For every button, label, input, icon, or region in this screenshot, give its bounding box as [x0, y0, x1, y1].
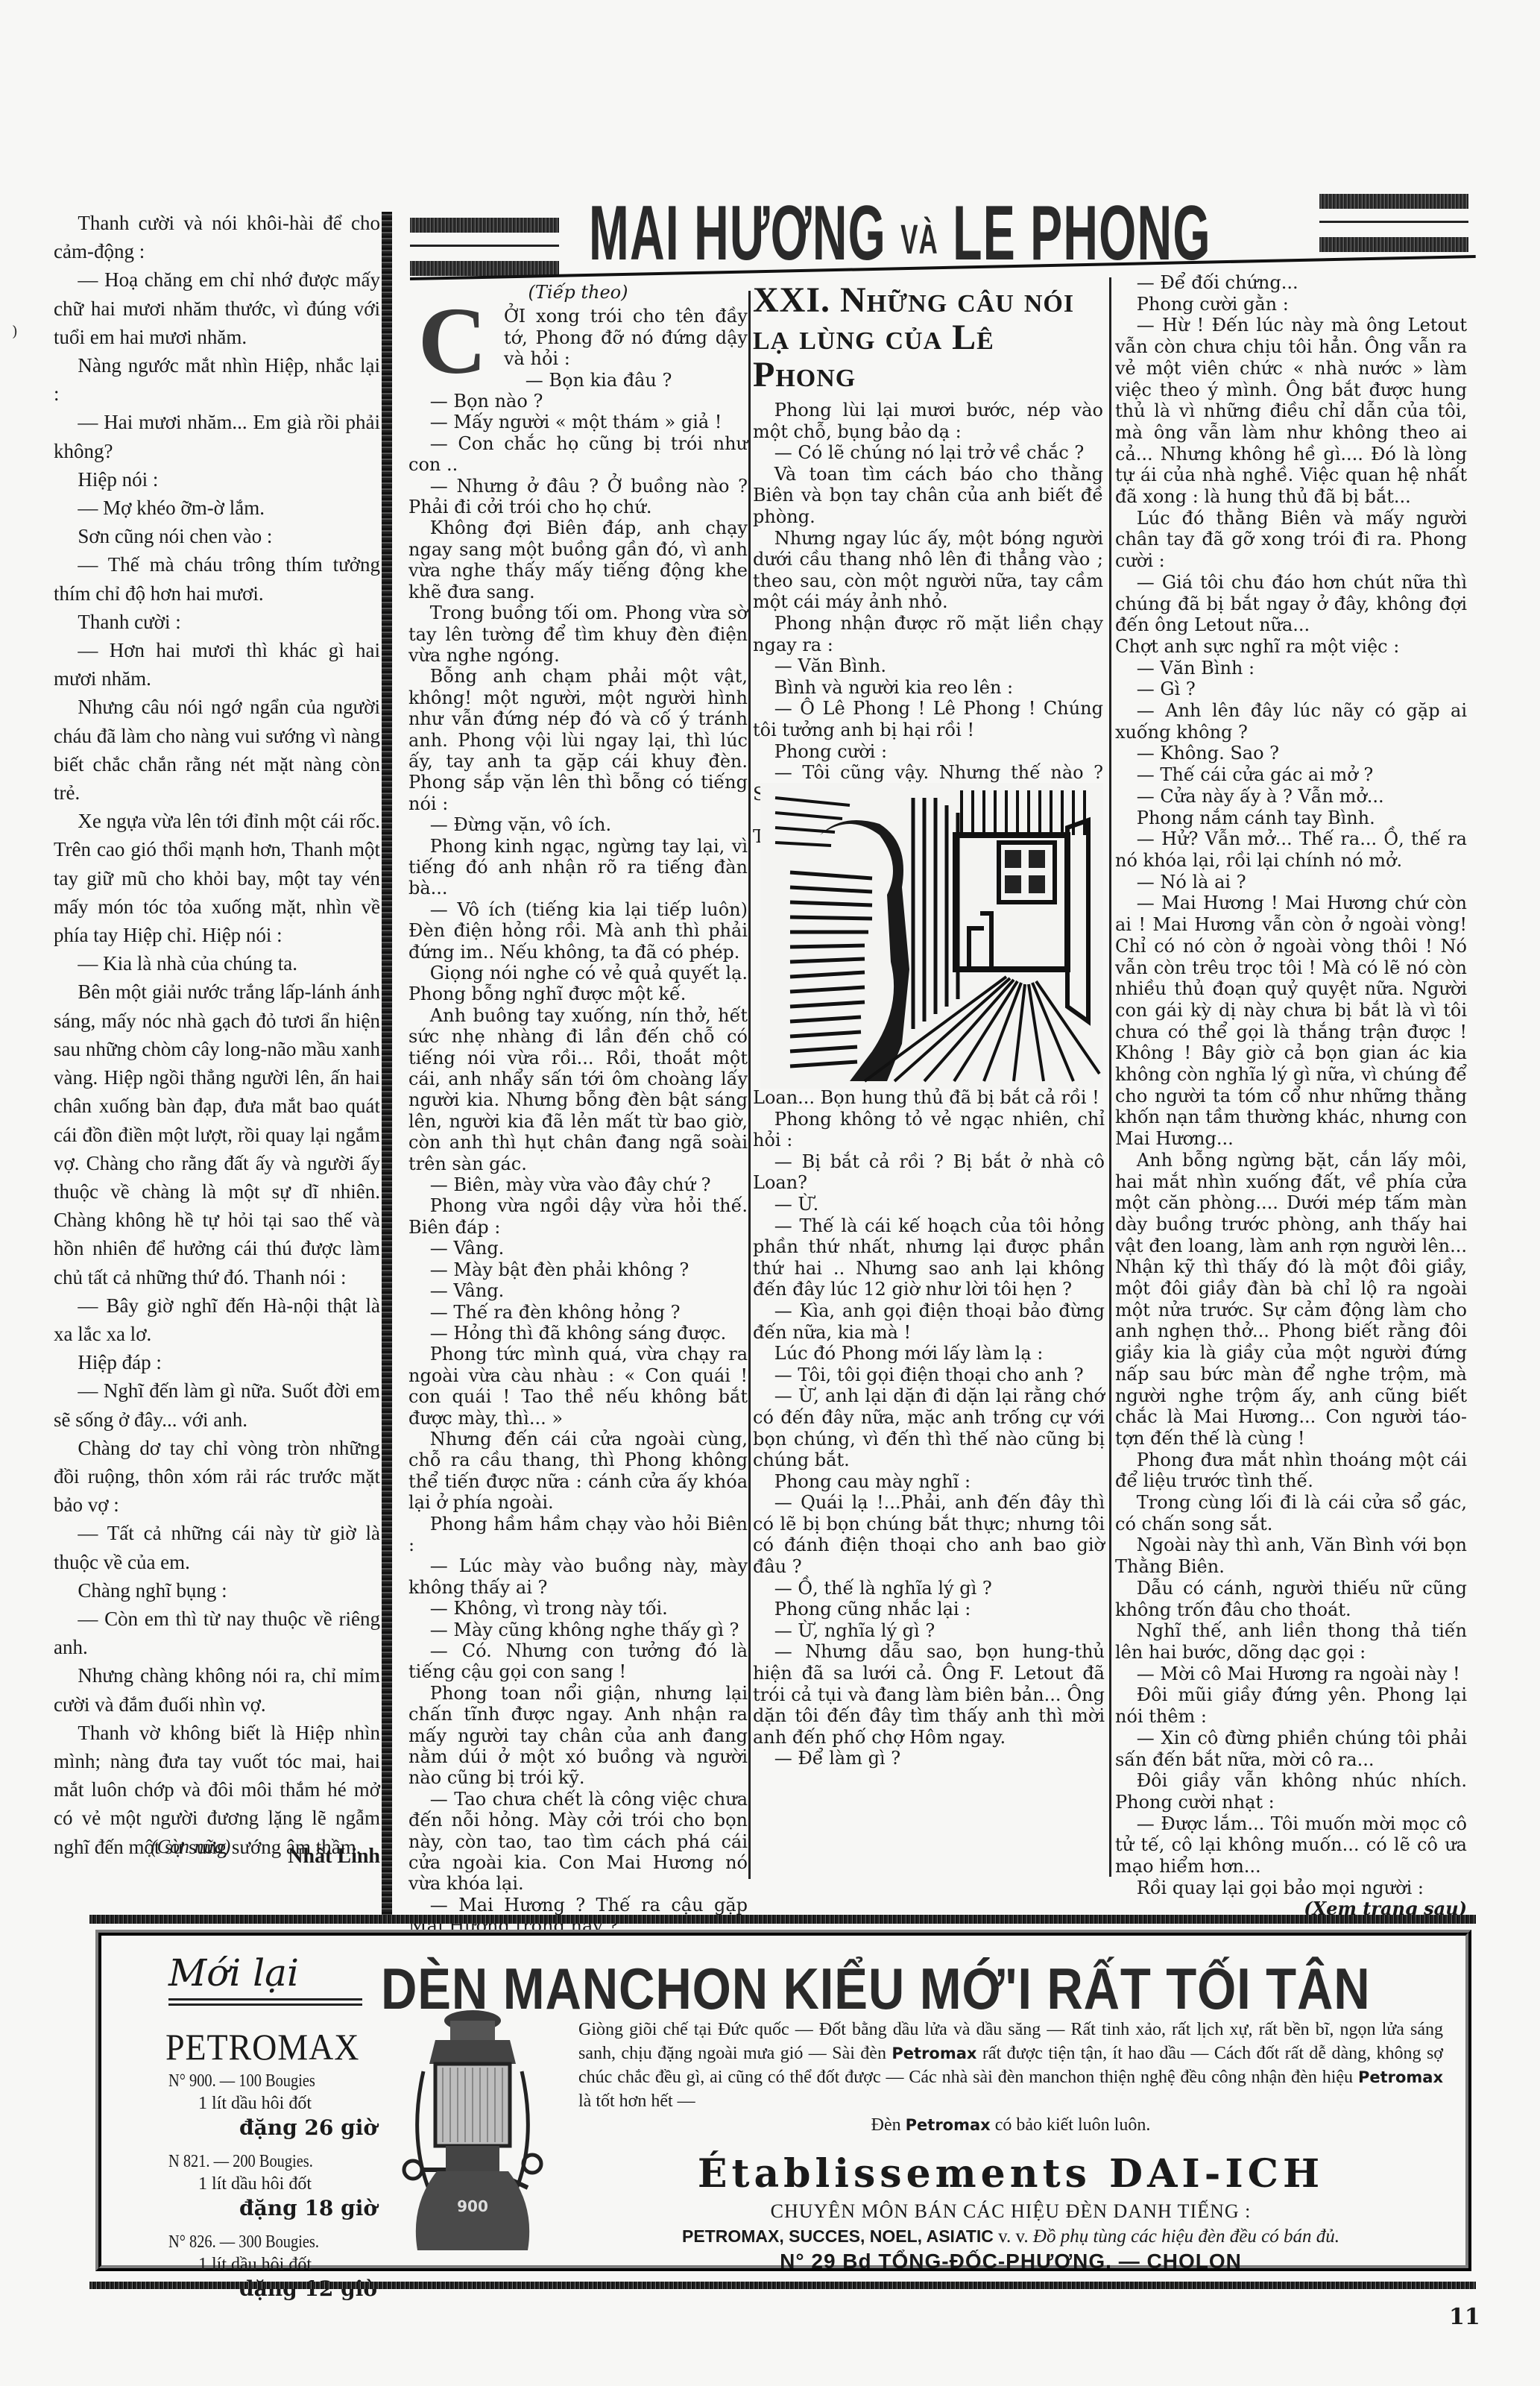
- paragraph: Phong nắm cánh tay Bình.: [1115, 808, 1467, 829]
- lamp-model-label: 900: [457, 2197, 488, 2215]
- paragraph: Lúc đó Phong mới lấy làm lạ :: [753, 1343, 1105, 1364]
- paragraph: Phong tức mình quá, vừa chạy ra ngoài vừ…: [408, 1344, 748, 1429]
- paragraph: Chàng dơ tay chỉ vòng tròn những đồi ruộ…: [54, 1434, 380, 1520]
- ad-brand-etc: v. v.: [998, 2226, 1029, 2247]
- dialogue-line: — Mợ khéo ỡm-ờ lắm.: [54, 494, 380, 522]
- ad-brand-list-line: PETROMAX, SUCCES, NOEL, ASIATIC v. v. Đồ…: [578, 2225, 1443, 2248]
- dialogue-line: — Bây giờ nghĩ đến Hà-nội thật là xa lắc…: [54, 1291, 380, 1348]
- dialogue-line: — Ô Lê Phong ! Lê Phong ! Chúng tôi tưởn…: [753, 698, 1103, 740]
- dialogue-line: — Còn em thì từ nay thuộc về riêng anh.: [54, 1605, 380, 1661]
- ad-warranty-post: có bảo kiết luôn luôn.: [995, 2115, 1151, 2135]
- woodcut-figure-at-door-icon: [760, 783, 1103, 1089]
- serial-title: MAI HƯƠNG VÀ LE PHONG: [589, 192, 1037, 274]
- continued-label: (Còn nữa): [151, 1836, 230, 1858]
- dialogue-line: — Mai Hương ! Mai Hương chứ còn ai ! Mai…: [1115, 893, 1467, 1149]
- dialogue-line: — Thế cái cửa gác ai mở ?: [1115, 764, 1467, 786]
- dialogue-line: — Mời cô Mai Hương ra ngoài này !: [1115, 1663, 1467, 1685]
- dialogue-line: — Không, vì trong này tối.: [408, 1598, 748, 1619]
- dialogue-line: — Hỏng thì đã không sáng được.: [408, 1323, 748, 1344]
- column-3-body: Phong lùi lại mươi bước, nép vào một chỗ…: [753, 400, 1103, 847]
- paragraph: Nàng ngước mắt nhìn Hiệp, nhắc lại :: [54, 351, 380, 408]
- paragraph: Bên một giải nước trắng lấp-lánh ánh sán…: [54, 978, 380, 1291]
- paragraph: Nghĩ thế, anh liền thong thả tiến lên ha…: [1115, 1620, 1467, 1663]
- column-divider: [1109, 277, 1111, 1877]
- paragraph: Chàng nghĩ bụng :: [54, 1576, 380, 1605]
- ad-rule-top: [89, 1915, 1476, 1924]
- dialogue-line: — Xin cô đừng phiền chúng tôi phải sấn đ…: [1115, 1728, 1467, 1770]
- paragraph: Hiệp nói :: [54, 465, 380, 494]
- ad-rule-bottom: [89, 2282, 1476, 2289]
- paragraph: Sơn cũng nói chen vào :: [54, 522, 380, 550]
- paragraph: Không đợi Biên đáp, anh chạy ngay sang m…: [408, 517, 748, 602]
- dialogue-line: — Kìa, anh gọi điện thoại bảo đừng đến n…: [753, 1300, 1105, 1343]
- author-name: Nhất Linh: [288, 1845, 380, 1869]
- serial-title-banner: MAI HƯƠNG VÀ LE PHONG: [403, 179, 1476, 283]
- paragraph: Phong cũng nhắc lại :: [753, 1599, 1105, 1620]
- dialogue-line: — Con chắc họ cũng bị trói như con ..: [408, 433, 748, 476]
- margin-mark: ): [12, 322, 18, 340]
- paragraph: Phong đưa mắt nhìn thoáng một cái để liệ…: [1115, 1449, 1467, 1492]
- paragraph: Đôi giầy vẫn không nhúc nhích. Phong cườ…: [1115, 1770, 1467, 1813]
- paragraph: Trong cùng lối đi là cái cửa sổ gác, có …: [1115, 1492, 1467, 1534]
- dialogue-line: — Vâng.: [408, 1238, 748, 1259]
- ad-address: N° 29 Bd TỔNG-ĐỐC-PHƯƠNG. — CHOLON: [578, 2249, 1443, 2274]
- paragraph: Lúc đó thằng Biên và mấy người chân tay …: [1115, 508, 1467, 572]
- dialogue-line: — Văn Bình :: [1115, 658, 1467, 679]
- paragraph: Nhưng đến cái cửa ngoài cùng, chỗ ra cầu…: [408, 1429, 748, 1514]
- serial-column-3: XXI. Những câu nói lạ lùng của Lê Phong …: [753, 282, 1103, 847]
- paragraph: Nhưng chàng không nói ra, chỉ mỉm cười v…: [54, 1661, 380, 1718]
- ad-body-part3: là tốt hơn hết —: [578, 2091, 695, 2111]
- dialogue-line: — Thế ra đèn không hỏng ?: [408, 1302, 748, 1323]
- paragraph: Phong không tỏ vẻ ngạc nhiên, chỉ hỏi :: [753, 1109, 1105, 1151]
- ad-body-text: Giòng giõi chế tại Đức quốc — Đốt bằng d…: [578, 2018, 1443, 2137]
- dialogue-line: — Bọn nào ?: [408, 391, 748, 412]
- dialogue-line: — Ừ.: [753, 1194, 1105, 1215]
- paragraph: Hiệp đáp :: [54, 1348, 380, 1376]
- paragraph: Phong toan nổi giận, nhưng lại chấn tĩnh…: [408, 1683, 748, 1789]
- paragraph: Bỗng anh chạm phải một vật, không! một n…: [408, 666, 748, 814]
- dialogue-line: — Bị bắt cả rồi ? Bị bắt ở nhà cô Loan?: [753, 1151, 1105, 1194]
- dialogue-line: — Hoạ chăng em chỉ nhớ được mấy chữ hai …: [54, 265, 380, 351]
- paragraph: Xe ngựa vừa lên tới đỉnh một cái rốc. Tr…: [54, 807, 380, 949]
- paragraph: Phong kinh ngạc, ngừng tay lại, vì tiếng…: [408, 836, 748, 899]
- serial-column-3-continued: Loan... Bọn hung thủ đã bị bắt cả rồi !P…: [753, 1087, 1105, 1769]
- paragraph: Phong cau mày nghĩ :: [753, 1471, 1105, 1493]
- dialogue-line: — Tất cả những cái này từ giờ là thuộc v…: [54, 1519, 380, 1576]
- dialogue-line: — Lúc mày vào buồng này, mày không thấy …: [408, 1555, 748, 1598]
- column-4-body: — Để đối chứng...Phong cười gằn :— Hừ ! …: [1115, 272, 1467, 1898]
- dialogue-line: — Được lắm... Tôi muốn mời mọc cô tử tế,…: [1115, 1813, 1467, 1877]
- paragraph: Bình và người kia reo lên :: [753, 677, 1103, 699]
- left-story-column: Thanh cười và nói khôi-hài để cho cảm-độ…: [54, 209, 380, 1861]
- paragraph: Anh buông tay xuống, nín thở, hết sức nh…: [408, 1005, 748, 1174]
- ad-tag-underline: [168, 1998, 362, 2006]
- dialogue-line: — Hơn hai mươi thì khác gì hai mươi nhăm…: [54, 636, 380, 693]
- paragraph: Phong vừa ngồi dậy vừa hỏi thế. Biên đáp…: [408, 1195, 748, 1238]
- dialogue-line: — Hừ ! Đến lúc này mà ông Letout vẫn còn…: [1115, 315, 1467, 507]
- column-2-body: — Bọn kia đâu ?— Bọn nào ?— Mấy người « …: [408, 370, 748, 2086]
- dialogue-line: — Không. Sao ?: [1115, 743, 1467, 764]
- dialogue-line: — Mấy người « một thám » giả !: [408, 412, 748, 432]
- serial-title-conj: VÀ: [900, 215, 938, 262]
- dialogue-line: — Quái lạ !...Phải, anh đến đây thì có l…: [753, 1492, 1105, 1577]
- dialogue-line: — Vâng.: [408, 1280, 748, 1301]
- paragraph: Phong cười gằn :: [1115, 294, 1467, 315]
- paragraph: Phong nhận được rõ mặt liền chạy ngay ra…: [753, 613, 1103, 655]
- dialogue-line: — Mày cũng không nghe thấy gì ?: [408, 1619, 748, 1640]
- ad-company-name: Établissements DAI-ICH: [578, 2152, 1443, 2197]
- paragraph: Nhưng câu nói ngớ ngẩn của người cháu đã…: [54, 693, 380, 807]
- dialogue-line: — Giá tôi chu đáo hơn chút nữa thì chúng…: [1115, 572, 1467, 636]
- dialogue-line: — Nó là ai ?: [1115, 872, 1467, 893]
- ad-warranty-brand: Petromax: [906, 2116, 991, 2134]
- dropcap-letter: C: [408, 309, 496, 373]
- dialogue-line: — Thế mà cháu trông thím tưởng thím chỉ …: [54, 550, 380, 607]
- dialogue-line: — Đừng vặn, vô ích.: [408, 814, 748, 835]
- paragraph: Anh bỗng ngừng bặt, cắn lấy môi, hai mắt…: [1115, 1150, 1467, 1449]
- paragraph: Nhưng ngay lúc ấy, một bóng người dưới c…: [753, 528, 1103, 613]
- dialogue-line: — Để làm gì ?: [753, 1748, 1105, 1769]
- dialogue-line: — Tôi, tôi gọi điện thoại cho anh ?: [753, 1364, 1105, 1386]
- petromax-advertisement: Mới lại PETROMAX N° 900. — 100 Bougies 1…: [95, 1930, 1471, 2271]
- banner-bars-left: [410, 201, 559, 283]
- banner-bars-right: [1319, 179, 1468, 261]
- serial-column-4: — Để đối chứng...Phong cười gằn :— Hừ ! …: [1115, 272, 1467, 1920]
- dialogue-line: — Nhưng dẫu sao, bọn hung-thủ hiện đã sa…: [753, 1641, 1105, 1748]
- paragraph: Trong buồng tối om. Phong vừa sờ tay lên…: [408, 602, 748, 666]
- dialogue-line: — Có lẽ chúng nó lại trở về chắc ?: [753, 442, 1103, 464]
- chapter-title-line1: XXI. Những câu nói: [753, 282, 1103, 319]
- model-hours: đặng 12 giờ: [168, 2276, 504, 2302]
- paragraph: Phong lùi lại mươi bước, nép vào một chỗ…: [753, 400, 1103, 442]
- dialogue-line: — Có. Nhưng con tưởng đó là tiếng cậu gọ…: [408, 1640, 748, 1683]
- dialogue-line: — Gì ?: [1115, 679, 1467, 700]
- ad-body-brand-2: Petromax: [1358, 2068, 1443, 2086]
- paragraph: Và toan tìm cách báo cho thằng Biên và b…: [753, 464, 1103, 528]
- paragraph: Đôi mũi giầy đứng yên. Phong lại nói thê…: [1115, 1684, 1467, 1727]
- dialogue-line: — Thế là cái kế hoạch của tôi hỏng phần …: [753, 1215, 1105, 1300]
- dialogue-line: — Văn Bình.: [753, 655, 1103, 677]
- paragraph: Rồi quay lại gọi bảo mọi người :: [1115, 1877, 1467, 1899]
- dialogue-line: — Kia là nhà của chúng ta.: [54, 949, 380, 978]
- page-number: 11: [1449, 2304, 1480, 2330]
- woodcut-illustration: [760, 783, 1103, 1089]
- dialogue-line: — Mày bật đèn phải không ?: [408, 1259, 748, 1280]
- ad-body-brand: Petromax: [892, 2045, 976, 2062]
- ad-specialty: CHUYÊN MÔN BÁN CÁC HIỆU ĐÈN DANH TIẾNG :: [578, 2200, 1443, 2223]
- chapter-title-line2: lạ lùng của Lê Phong: [753, 319, 1103, 394]
- serial-title-part1: MAI HƯƠNG: [589, 190, 886, 277]
- dialogue-line: — Vô ích (tiếng kia lại tiếp luôn) Đèn đ…: [408, 899, 748, 963]
- dialogue-line: — Ồ, thế là nghĩa lý gì ?: [753, 1578, 1105, 1599]
- column-divider: [748, 291, 751, 1879]
- paragraph: Dẫu có cánh, người thiếu nữ cũng không t…: [1115, 1578, 1467, 1620]
- paragraph: Giọng nói nghe có vẻ quả quyết lạ. Phong…: [408, 963, 748, 1005]
- dialogue-line: — Nhưng ở đâu ? Ở buồng nào ? Phải đi cở…: [408, 476, 748, 518]
- dialogue-line: — Anh lên đây lúc nãy có gặp ai xuống kh…: [1115, 700, 1467, 743]
- dialogue-line: — Để đối chứng...: [1115, 272, 1467, 294]
- serial-column-2: (Tiếp theo) C ỞI xong trói cho tên đầy t…: [408, 282, 748, 2086]
- opening-paragraph: C ỞI xong trói cho tên đầy tớ, Phong đỡ …: [408, 306, 748, 369]
- dialogue-line: — Ừ, anh lại dặn đi dặn lại rằng chớ có …: [753, 1385, 1105, 1470]
- petromax-lantern-icon: 900: [394, 2004, 552, 2258]
- ad-accessories: Đồ phụ tùng các hiệu đèn đều có bán đủ.: [1033, 2226, 1339, 2247]
- paragraph: Phong hầm hầm chạy vào hỏi Biên :: [408, 1514, 748, 1556]
- paragraph: Chợt anh sực nghĩ ra một việc :: [1115, 636, 1467, 658]
- ad-warranty-pre: Đèn: [871, 2115, 901, 2135]
- dialogue-line: — Cửa này ấy à ? Vẫn mở...: [1115, 786, 1467, 808]
- dialogue-line: — Hử? Vẫn mở... Thế ra... Ồ, thế ra nó k…: [1115, 828, 1467, 871]
- left-story-footer: (Còn nữa) Nhất Linh: [54, 1836, 380, 1866]
- opening-text: ỞI xong trói cho tên đầy tớ, Phong đỡ nó…: [504, 306, 748, 369]
- dialogue-line: — Ừ, nghĩa lý gì ?: [753, 1620, 1105, 1642]
- paragraph: Thanh cười :: [54, 608, 380, 636]
- paragraph: Phong cười :: [753, 741, 1103, 763]
- paragraph: Thanh cười và nói khôi-hài để cho cảm-độ…: [54, 209, 380, 265]
- dialogue-line: — Hai mươi nhăm... Em già rồi phải không…: [54, 408, 380, 465]
- paragraph: Loan... Bọn hung thủ đã bị bắt cả rồi !: [753, 1087, 1105, 1109]
- dialogue-line: — Tao chưa chết là công việc chưa đến nỗ…: [408, 1789, 748, 1895]
- dialogue-line: — Nghĩ đến làm gì nữa. Suốt đời em sẽ số…: [54, 1376, 380, 1433]
- ad-brand-list: PETROMAX, SUCCES, NOEL, ASIATIC: [682, 2226, 994, 2246]
- column-divider-thick: [382, 212, 392, 1924]
- ad-headline: DÈN MANCHON KIỂU MỚ'I RẤT TỐI TÂN: [381, 1957, 1298, 2021]
- chapter-title: XXI. Những câu nói lạ lùng của Lê Phong: [753, 282, 1103, 394]
- dialogue-line: — Biên, mày vừa vào đây chứ ?: [408, 1174, 748, 1195]
- paragraph: Ngoài này thì anh, Văn Bình với bọn Thằn…: [1115, 1534, 1467, 1577]
